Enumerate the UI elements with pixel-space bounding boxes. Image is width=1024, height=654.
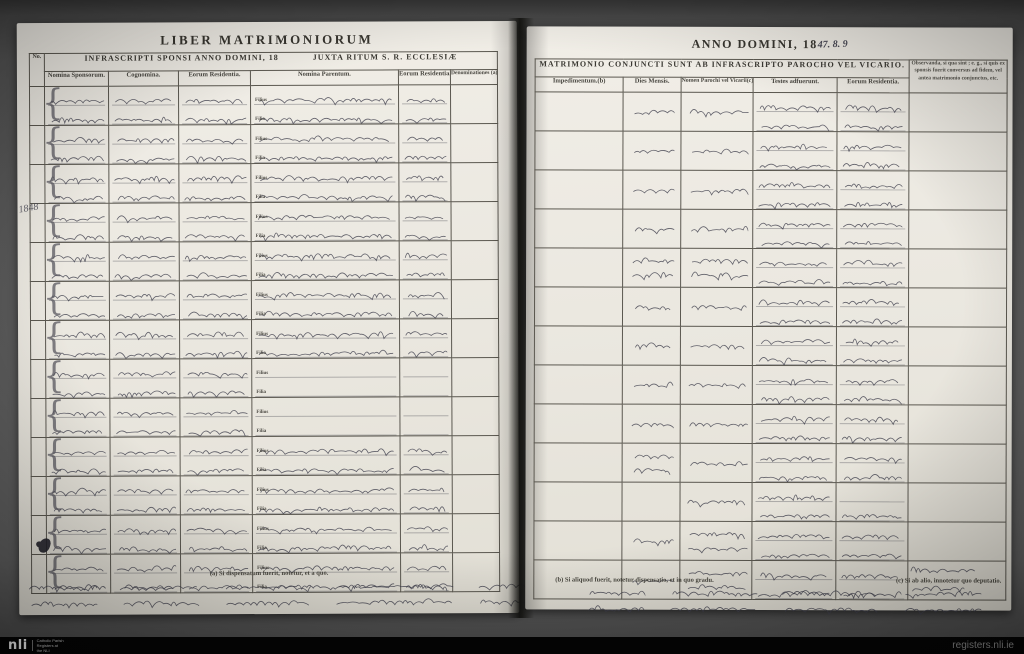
handwriting-scribble bbox=[183, 267, 247, 281]
entry-line bbox=[840, 366, 905, 385]
handwriting-scribble bbox=[840, 274, 902, 288]
handwriting-scribble bbox=[112, 111, 174, 125]
filius-filia-label: Filia bbox=[257, 468, 267, 473]
impedimentum-cell bbox=[535, 92, 623, 131]
cognomina-cell bbox=[109, 242, 179, 281]
entry-line bbox=[184, 495, 249, 514]
entry-line bbox=[840, 463, 905, 482]
entry-line bbox=[840, 190, 905, 209]
residentia-cell bbox=[836, 288, 908, 327]
entry-brace: { bbox=[45, 242, 64, 279]
overflow-line bbox=[585, 601, 965, 618]
handwriting-scribble bbox=[755, 547, 829, 561]
cognomina-cell bbox=[108, 86, 178, 125]
entry-line bbox=[756, 307, 833, 326]
entry-line bbox=[182, 164, 247, 183]
parentum-cell: FiliusFilia bbox=[251, 280, 399, 320]
residentia2-cell bbox=[400, 436, 452, 475]
filius-filia-label: Filia bbox=[255, 156, 265, 161]
handwriting-scribble bbox=[686, 221, 748, 235]
observanda-cell bbox=[909, 171, 1007, 210]
handwriting-scribble bbox=[183, 306, 247, 320]
entry-line bbox=[114, 515, 177, 534]
residentia2-cell bbox=[400, 475, 452, 514]
nomen-parochi-cell bbox=[680, 404, 752, 443]
dies-mensis-cell bbox=[622, 482, 680, 521]
sponsorum-cell: { bbox=[45, 242, 109, 281]
parentum-cell: FiliusFilia bbox=[250, 85, 398, 125]
col-header-eorum-residentia-1: Eorum Residentia. bbox=[178, 71, 250, 86]
handwriting-scribble bbox=[333, 593, 453, 608]
marriage-record-row bbox=[534, 482, 1006, 522]
overflow-line bbox=[585, 585, 965, 602]
entry-line: Filia bbox=[255, 416, 396, 436]
handwriting-scribble bbox=[839, 508, 901, 522]
entry-line bbox=[403, 280, 448, 299]
handwriting-scribble bbox=[112, 189, 174, 203]
residentia-cell bbox=[180, 320, 252, 359]
handwriting-scribble bbox=[779, 585, 879, 599]
entry-line: Filia bbox=[256, 533, 397, 553]
entry-line: Filia bbox=[254, 104, 395, 124]
col-header-nomina-sponsorum: Nomina Sponsorum. bbox=[44, 71, 108, 86]
filius-filia-label: Filia bbox=[257, 507, 267, 512]
filius-filia-label: Filius bbox=[256, 371, 268, 376]
entry-line bbox=[756, 132, 833, 151]
entry-line bbox=[840, 424, 905, 443]
entry-line bbox=[756, 483, 833, 502]
entry-line bbox=[841, 93, 906, 112]
entry-line bbox=[182, 105, 247, 124]
filius-filia-label: Filius bbox=[257, 566, 269, 571]
right-footnotes: (b) Si aliquod fuerit, notetur dispensat… bbox=[555, 576, 1001, 584]
col-header-nomen-parochi: Nomen Parochi vel Vicarii(c) bbox=[681, 77, 753, 92]
observanda-cell bbox=[909, 249, 1007, 288]
impedimentum-cell bbox=[534, 287, 622, 326]
entry-line bbox=[404, 494, 449, 513]
handwriting-scribble bbox=[686, 299, 748, 313]
entry-line bbox=[113, 300, 176, 319]
handwriting-scribble bbox=[685, 494, 747, 508]
no-cell bbox=[31, 398, 46, 437]
entry-line bbox=[183, 339, 248, 358]
entry-brace: { bbox=[47, 554, 66, 591]
residentia-cell bbox=[179, 125, 251, 164]
sponsorum-cell: { bbox=[45, 164, 109, 203]
cognomina-cell bbox=[110, 437, 180, 476]
handwriting-scribble bbox=[114, 540, 176, 554]
residentia2-cell bbox=[399, 280, 451, 319]
col-header-eorum-residentia: Eorum Residentia. bbox=[837, 78, 909, 93]
entry-brace: { bbox=[45, 125, 64, 162]
filius-filia-label: Filia bbox=[256, 234, 266, 239]
handwriting-scribble bbox=[27, 595, 97, 609]
entry-line bbox=[403, 397, 448, 416]
entry-line bbox=[755, 522, 832, 541]
site-watermark: registers.nli.ie bbox=[952, 640, 1024, 651]
entry-line: Filia bbox=[255, 377, 396, 397]
observanda-cell bbox=[908, 366, 1006, 405]
entry-line bbox=[757, 93, 834, 112]
sponsorum-cell: { bbox=[45, 125, 109, 164]
nli-logo-mark: nli bbox=[8, 639, 28, 653]
entry-line: Filius bbox=[254, 85, 395, 105]
left-page-title: LIBER MATRIMONIORUM bbox=[17, 31, 517, 49]
entry-line bbox=[404, 455, 449, 474]
entry-line bbox=[840, 210, 905, 229]
entry-line bbox=[840, 346, 905, 365]
sponsorum-cell: { bbox=[46, 476, 110, 515]
entry-line bbox=[184, 534, 249, 553]
dies-mensis-cell bbox=[623, 131, 681, 170]
entry-line bbox=[113, 261, 176, 280]
entry-line bbox=[404, 436, 449, 455]
handwriting-scribble bbox=[756, 196, 830, 210]
marriage-record-row bbox=[535, 248, 1007, 288]
handwriting-scribble bbox=[114, 501, 176, 515]
nli-logo: nli Catholic Parish Registers at the NLI bbox=[0, 637, 64, 654]
entry-line bbox=[113, 242, 176, 261]
entry-line bbox=[182, 144, 247, 163]
entry-line: Filius bbox=[256, 514, 397, 534]
entry-line: Filia bbox=[255, 221, 396, 241]
handwriting-scribble bbox=[667, 601, 757, 615]
handwriting-scribble bbox=[908, 561, 978, 575]
col-header-denominationes: Denominationes (a) bbox=[450, 69, 497, 84]
sponsorum-cell: { bbox=[45, 281, 109, 320]
handwriting-scribble bbox=[402, 110, 446, 124]
right-register-table: MATRIMONIO CONJUNCTI SUNT AB INFRASCRIPT… bbox=[533, 58, 1007, 600]
filius-filia-label: Filius bbox=[256, 293, 268, 298]
marriage-entry-row: {FiliusFilia bbox=[31, 435, 499, 476]
entry-line bbox=[184, 437, 249, 456]
denominationes-cell bbox=[450, 84, 497, 123]
handwriting-scribble bbox=[629, 416, 673, 430]
handwriting-scribble bbox=[183, 384, 247, 398]
testes-cell bbox=[753, 248, 837, 287]
handwriting-scribble bbox=[113, 423, 175, 437]
entry-line bbox=[403, 241, 448, 260]
handwriting-scribble bbox=[402, 149, 446, 163]
register-right-page: ANNO DOMINI, 1847. 8. 9 MATRIMONIO CONJU… bbox=[525, 26, 1013, 610]
entry-line bbox=[403, 416, 448, 435]
entry-line bbox=[183, 320, 248, 339]
denominationes-cell bbox=[451, 240, 498, 279]
entry-line bbox=[112, 144, 175, 163]
residentia-cell bbox=[837, 249, 909, 288]
residentia-cell bbox=[836, 405, 908, 444]
filius-filia-label: Filius bbox=[257, 449, 269, 454]
entry-line bbox=[840, 132, 905, 151]
entry-line bbox=[114, 476, 177, 495]
entry-line bbox=[402, 163, 447, 182]
entry-line bbox=[114, 437, 177, 456]
handwriting-scribble bbox=[756, 313, 830, 327]
handwriting-scribble bbox=[630, 299, 674, 313]
dies-mensis-cell bbox=[622, 365, 680, 404]
observanda-cell bbox=[909, 288, 1007, 327]
entry-line bbox=[184, 476, 249, 495]
cognomina-cell bbox=[110, 359, 180, 398]
entry-line bbox=[756, 463, 833, 482]
handwriting-scribble bbox=[254, 110, 392, 124]
entry-line bbox=[113, 281, 176, 300]
entry-line bbox=[403, 221, 448, 240]
handwriting-scribble bbox=[585, 585, 645, 599]
left-table-heading: INFRASCRIPTI SPONSI ANNO DOMINI, 18JUXTA… bbox=[44, 51, 497, 71]
filius-filia-label: Filia bbox=[256, 429, 266, 434]
entry-line: Filia bbox=[254, 143, 395, 163]
parentum-cell: FiliusFilia bbox=[252, 319, 400, 359]
residentia-cell bbox=[837, 171, 909, 210]
denominationes-cell bbox=[452, 435, 499, 474]
handwriting-scribble bbox=[256, 461, 394, 475]
denominationes-cell bbox=[452, 357, 499, 396]
no-cell bbox=[31, 320, 46, 359]
handwriting-scribble bbox=[182, 111, 246, 125]
entry-line bbox=[839, 502, 904, 521]
marriage-entry-row: {FiliusFilia bbox=[30, 240, 498, 281]
entry-line: Filia bbox=[255, 338, 396, 358]
col-header-nomina-parentum: Nomina Parentum. bbox=[250, 70, 398, 86]
entry-line bbox=[183, 359, 248, 378]
no-cell bbox=[30, 281, 45, 320]
handwriting-scribble bbox=[840, 352, 902, 366]
entry-line bbox=[402, 182, 447, 201]
handwriting-scribble bbox=[686, 143, 748, 157]
handwriting-scribble bbox=[403, 344, 447, 358]
residentia2-cell bbox=[399, 202, 451, 241]
handwriting-scribble bbox=[629, 462, 673, 476]
cognomina-cell bbox=[110, 320, 180, 359]
observanda-cell bbox=[909, 93, 1007, 132]
handwriting-scribble bbox=[630, 267, 674, 281]
cognomina-cell bbox=[109, 281, 179, 320]
entry-line bbox=[839, 541, 904, 560]
marriage-record-row bbox=[535, 209, 1007, 249]
entry-line bbox=[756, 405, 833, 424]
handwriting-scribble bbox=[629, 533, 673, 547]
nomen-parochi-cell bbox=[681, 131, 753, 170]
denominationes-cell bbox=[452, 318, 499, 357]
dies-mensis-cell bbox=[622, 404, 680, 443]
handwriting-scribble bbox=[685, 455, 747, 469]
handwriting-scribble bbox=[630, 182, 674, 196]
entry-line bbox=[113, 320, 176, 339]
handwriting-scribble bbox=[840, 157, 902, 171]
cognomina-cell bbox=[110, 515, 180, 554]
entry-line bbox=[183, 378, 248, 397]
entry-line bbox=[755, 541, 832, 560]
marriage-record-row bbox=[534, 287, 1006, 327]
filius-filia-label: Filia bbox=[257, 585, 267, 590]
left-overflow-handwriting bbox=[27, 577, 487, 611]
marriage-record-row bbox=[535, 131, 1007, 171]
footnote-b: (b) Si aliquod fuerit, notetur dispensat… bbox=[555, 576, 713, 583]
residentia2-cell bbox=[400, 358, 452, 397]
anno-domini-printed: ANNO DOMINI, 18 bbox=[692, 37, 818, 51]
handwriting-scribble bbox=[756, 235, 830, 249]
sponsorum-cell: { bbox=[46, 515, 110, 554]
residentia2-cell bbox=[399, 124, 451, 163]
handwriting-scribble bbox=[403, 227, 447, 241]
filius-filia-label: Filius bbox=[256, 215, 268, 220]
entry-line bbox=[840, 385, 905, 404]
entry-line: Filius bbox=[254, 202, 395, 222]
residentia-cell bbox=[180, 398, 252, 437]
filius-filia-label: Filia bbox=[256, 351, 266, 356]
nomen-parochi-cell bbox=[680, 443, 752, 482]
observanda-cell bbox=[908, 444, 1006, 483]
residentia-cell bbox=[836, 366, 908, 405]
entry-line bbox=[113, 398, 176, 417]
dies-mensis-cell bbox=[623, 92, 681, 131]
handwriting-scribble bbox=[686, 267, 748, 281]
entry-line bbox=[114, 456, 177, 475]
marriage-entry-row: {FiliusFilia bbox=[31, 357, 499, 398]
parentum-cell: FiliusFilia bbox=[251, 163, 399, 203]
handwriting-scribble bbox=[333, 577, 453, 592]
handwriting-scribble bbox=[254, 188, 392, 202]
handwriting-scribble bbox=[182, 150, 246, 164]
entry-line bbox=[404, 514, 449, 533]
entry-line bbox=[112, 203, 175, 222]
parentum-cell: FiliusFilia bbox=[252, 514, 400, 554]
handwriting-scribble bbox=[629, 448, 673, 462]
left-register-table: No. INFRASCRIPTI SPONSI ANNO DOMINI, 18J… bbox=[29, 51, 500, 594]
testes-cell bbox=[753, 209, 837, 248]
filius-filia-label: Filius bbox=[257, 527, 269, 532]
heading-juxta-ritum: JUXTA RITUM S. R. ECCLESIÆ bbox=[313, 52, 458, 62]
handwriting-scribble bbox=[255, 344, 393, 358]
handwritten-years: 47. 8. 9 bbox=[818, 39, 848, 51]
entry-line bbox=[114, 495, 177, 514]
handwriting-scribble bbox=[840, 430, 902, 444]
col-header-impedimentum: Impedimentum.(b) bbox=[535, 77, 623, 92]
entry-line bbox=[113, 378, 176, 397]
entry-line bbox=[112, 125, 175, 144]
handwriting-scribble bbox=[840, 313, 902, 327]
sponsorum-cell: { bbox=[46, 359, 110, 398]
entry-line bbox=[183, 222, 248, 241]
entry-line: Filius bbox=[255, 241, 396, 261]
impedimentum-cell bbox=[534, 365, 622, 404]
nomen-parochi-cell bbox=[680, 326, 752, 365]
handwriting-scribble bbox=[404, 539, 448, 553]
right-overflow-handwriting bbox=[585, 585, 965, 618]
entry-line bbox=[183, 417, 248, 436]
entry-line: Filia bbox=[254, 182, 395, 202]
entry-line bbox=[404, 475, 449, 494]
entry-line bbox=[183, 300, 248, 319]
entry-brace: { bbox=[44, 86, 63, 123]
residentia-cell bbox=[837, 93, 909, 132]
residentia-cell bbox=[837, 132, 909, 171]
handwriting-scribble bbox=[113, 345, 175, 359]
entry-line bbox=[756, 385, 833, 404]
entry-line bbox=[184, 456, 249, 475]
handwriting-scribble bbox=[184, 462, 248, 476]
dies-mensis-cell bbox=[622, 443, 680, 482]
testes-cell bbox=[753, 170, 837, 209]
residentia-cell bbox=[179, 164, 251, 203]
denominationes-cell bbox=[451, 162, 498, 201]
filius-filia-label: Filius bbox=[256, 410, 268, 415]
parentum-cell: FiliusFilia bbox=[251, 241, 399, 281]
left-table-body: {FiliusFilia{FiliusFilia{FiliusFilia{Fil… bbox=[29, 84, 499, 593]
marriage-record-row bbox=[534, 443, 1006, 483]
impedimentum-cell bbox=[535, 131, 623, 170]
handwriting-scribble bbox=[840, 196, 902, 210]
entry-brace: { bbox=[46, 476, 65, 513]
entry-line: Filius bbox=[255, 319, 396, 339]
residentia-cell bbox=[180, 437, 252, 476]
entry-line bbox=[840, 288, 905, 307]
entry-line: Filius bbox=[255, 358, 396, 378]
handwriting-scribble bbox=[119, 578, 199, 592]
sponsorum-cell: { bbox=[46, 398, 110, 437]
sponsorum-cell: { bbox=[44, 86, 108, 125]
entry-line bbox=[840, 229, 905, 248]
observanda-cell bbox=[908, 483, 1006, 522]
col-header-eorum-residentia-2: Eorum Residentia. bbox=[398, 70, 450, 85]
marriage-entry-row: {FiliusFilia bbox=[31, 396, 499, 437]
entry-line bbox=[183, 398, 248, 417]
entry-line bbox=[840, 405, 905, 424]
filius-filia-label: Filia bbox=[255, 117, 265, 122]
cognomina-cell bbox=[110, 476, 180, 515]
entry-line: Filia bbox=[256, 494, 397, 514]
cognomina-cell bbox=[110, 398, 180, 437]
entry-line bbox=[182, 86, 247, 105]
handwriting-scribble bbox=[255, 305, 393, 319]
denominationes-cell bbox=[452, 513, 499, 552]
residentia-cell bbox=[836, 444, 908, 483]
entry-line bbox=[840, 268, 905, 287]
entry-line bbox=[113, 359, 176, 378]
entry-brace: { bbox=[46, 320, 65, 357]
entry-line bbox=[756, 444, 833, 463]
cognomina-cell bbox=[109, 164, 179, 203]
marriage-entry-row: {FiliusFilia bbox=[29, 84, 497, 125]
handwriting-scribble bbox=[630, 253, 674, 267]
handwriting-scribble bbox=[183, 345, 247, 359]
handwriting-scribble bbox=[630, 143, 674, 157]
handwriting-scribble bbox=[686, 182, 748, 196]
overflow-line bbox=[27, 593, 487, 611]
impedimentum-cell bbox=[534, 443, 622, 482]
entry-line bbox=[402, 104, 447, 123]
residentia2-cell bbox=[399, 163, 451, 202]
entry-brace: { bbox=[46, 398, 65, 435]
residentia2-cell bbox=[400, 319, 452, 358]
dies-mensis-cell bbox=[623, 209, 681, 248]
entry-line bbox=[402, 143, 447, 162]
observanda-cell bbox=[908, 327, 1006, 366]
parentum-cell: FiliusFilia bbox=[252, 475, 400, 515]
handwriting-scribble bbox=[403, 266, 447, 280]
marriage-record-row bbox=[535, 92, 1007, 132]
nli-watermark-bar: nli Catholic Parish Registers at the NLI… bbox=[0, 637, 1024, 654]
handwriting-scribble bbox=[113, 267, 175, 281]
handwriting-scribble bbox=[685, 377, 747, 391]
entry-line bbox=[840, 483, 905, 502]
entry-line bbox=[756, 249, 833, 268]
parentum-cell: FiliusFilia bbox=[252, 397, 400, 437]
right-table-heading: MATRIMONIO CONJUNCTI SUNT AB INFRASCRIPT… bbox=[535, 59, 909, 78]
entry-line bbox=[756, 424, 833, 443]
no-cell bbox=[30, 242, 45, 281]
